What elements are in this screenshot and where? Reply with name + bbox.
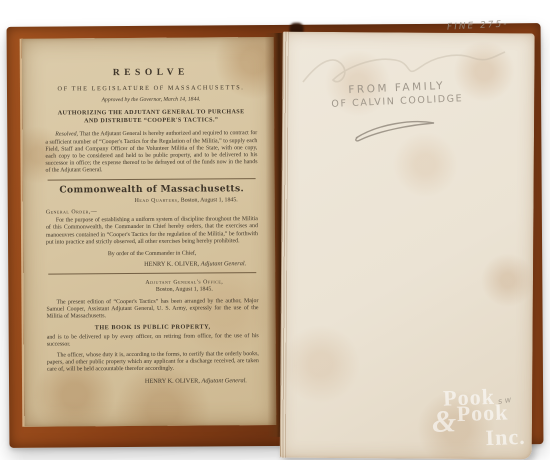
resolve-paragraph: Resolved, That the Adjutant General is h… [45,131,257,175]
oliver-signature-1: HENRY K. OLIVER, Adjutant General. [46,260,258,269]
book-photograph: RESOLVE OF THE LEGISLATURE OF MASSACHUSE… [0,0,550,460]
pencil-flourish-underline [350,116,442,144]
section-divider-rule [48,178,256,180]
watermark-word-2: Pook [456,401,508,425]
commonwealth-heading: Commonwealth of Massachusetts. [46,185,258,194]
signature-name: HENRY K. OLIVER, [145,377,200,384]
resolve-subtitle: OF THE LEGISLATURE OF MASSACHUSETTS. [45,84,257,93]
section-divider-rule-2 [48,272,256,274]
approval-date-line: Approved by the Governor, March 14, 1844… [45,96,257,105]
public-property-notice: THE BOOK IS PUBLIC PROPERTY, [47,323,259,332]
headquarters-dateline: Head Quarters, Boston, August 1, 1845. [46,197,258,206]
resolve-lead-word: Resolved, [55,132,78,138]
office-paragraph-1: The present edition of “Cooper's Tactics… [46,298,258,321]
signature-title: Adjutant General. [201,260,247,267]
office-paragraph-2: and is to be delivered up by every offic… [47,333,259,349]
signature-title: Adjutant General. [202,377,248,384]
office-dateline: Adjutant General's Office, Boston, Augus… [124,279,244,295]
resolve-title: RESOLVE [45,69,257,78]
headquarters-label: Head Quarters, [135,198,180,204]
office-paragraph-3: The officer, whose duty it is, according… [47,351,259,374]
printed-resolve-text: RESOLVE OF THE LEGISLATURE OF MASSACHUSE… [45,69,259,388]
headquarters-date: Boston, August 1, 1845. [181,197,238,203]
auction-house-watermark: Pook & Pook Inc. [427,381,550,460]
general-order-paragraph: For the purpose of establishing a unifor… [46,216,258,246]
oliver-signature-2: HENRY K. OLIVER, Adjutant General. [47,377,259,386]
resolve-heading: AUTHORIZING THE ADJUTANT GENERAL TO PURC… [51,109,251,126]
by-order-line: By order of the Commander in Chief, [46,250,258,259]
watermark-word-3: Inc. [485,426,526,449]
watermark-ampersand: & [431,405,456,437]
left-page: RESOLVE OF THE LEGISLATURE OF MASSACHUSE… [22,37,277,427]
signature-name: HENRY K. OLIVER, [144,260,199,267]
office-date: Boston, August 1, 1845. [124,286,244,294]
